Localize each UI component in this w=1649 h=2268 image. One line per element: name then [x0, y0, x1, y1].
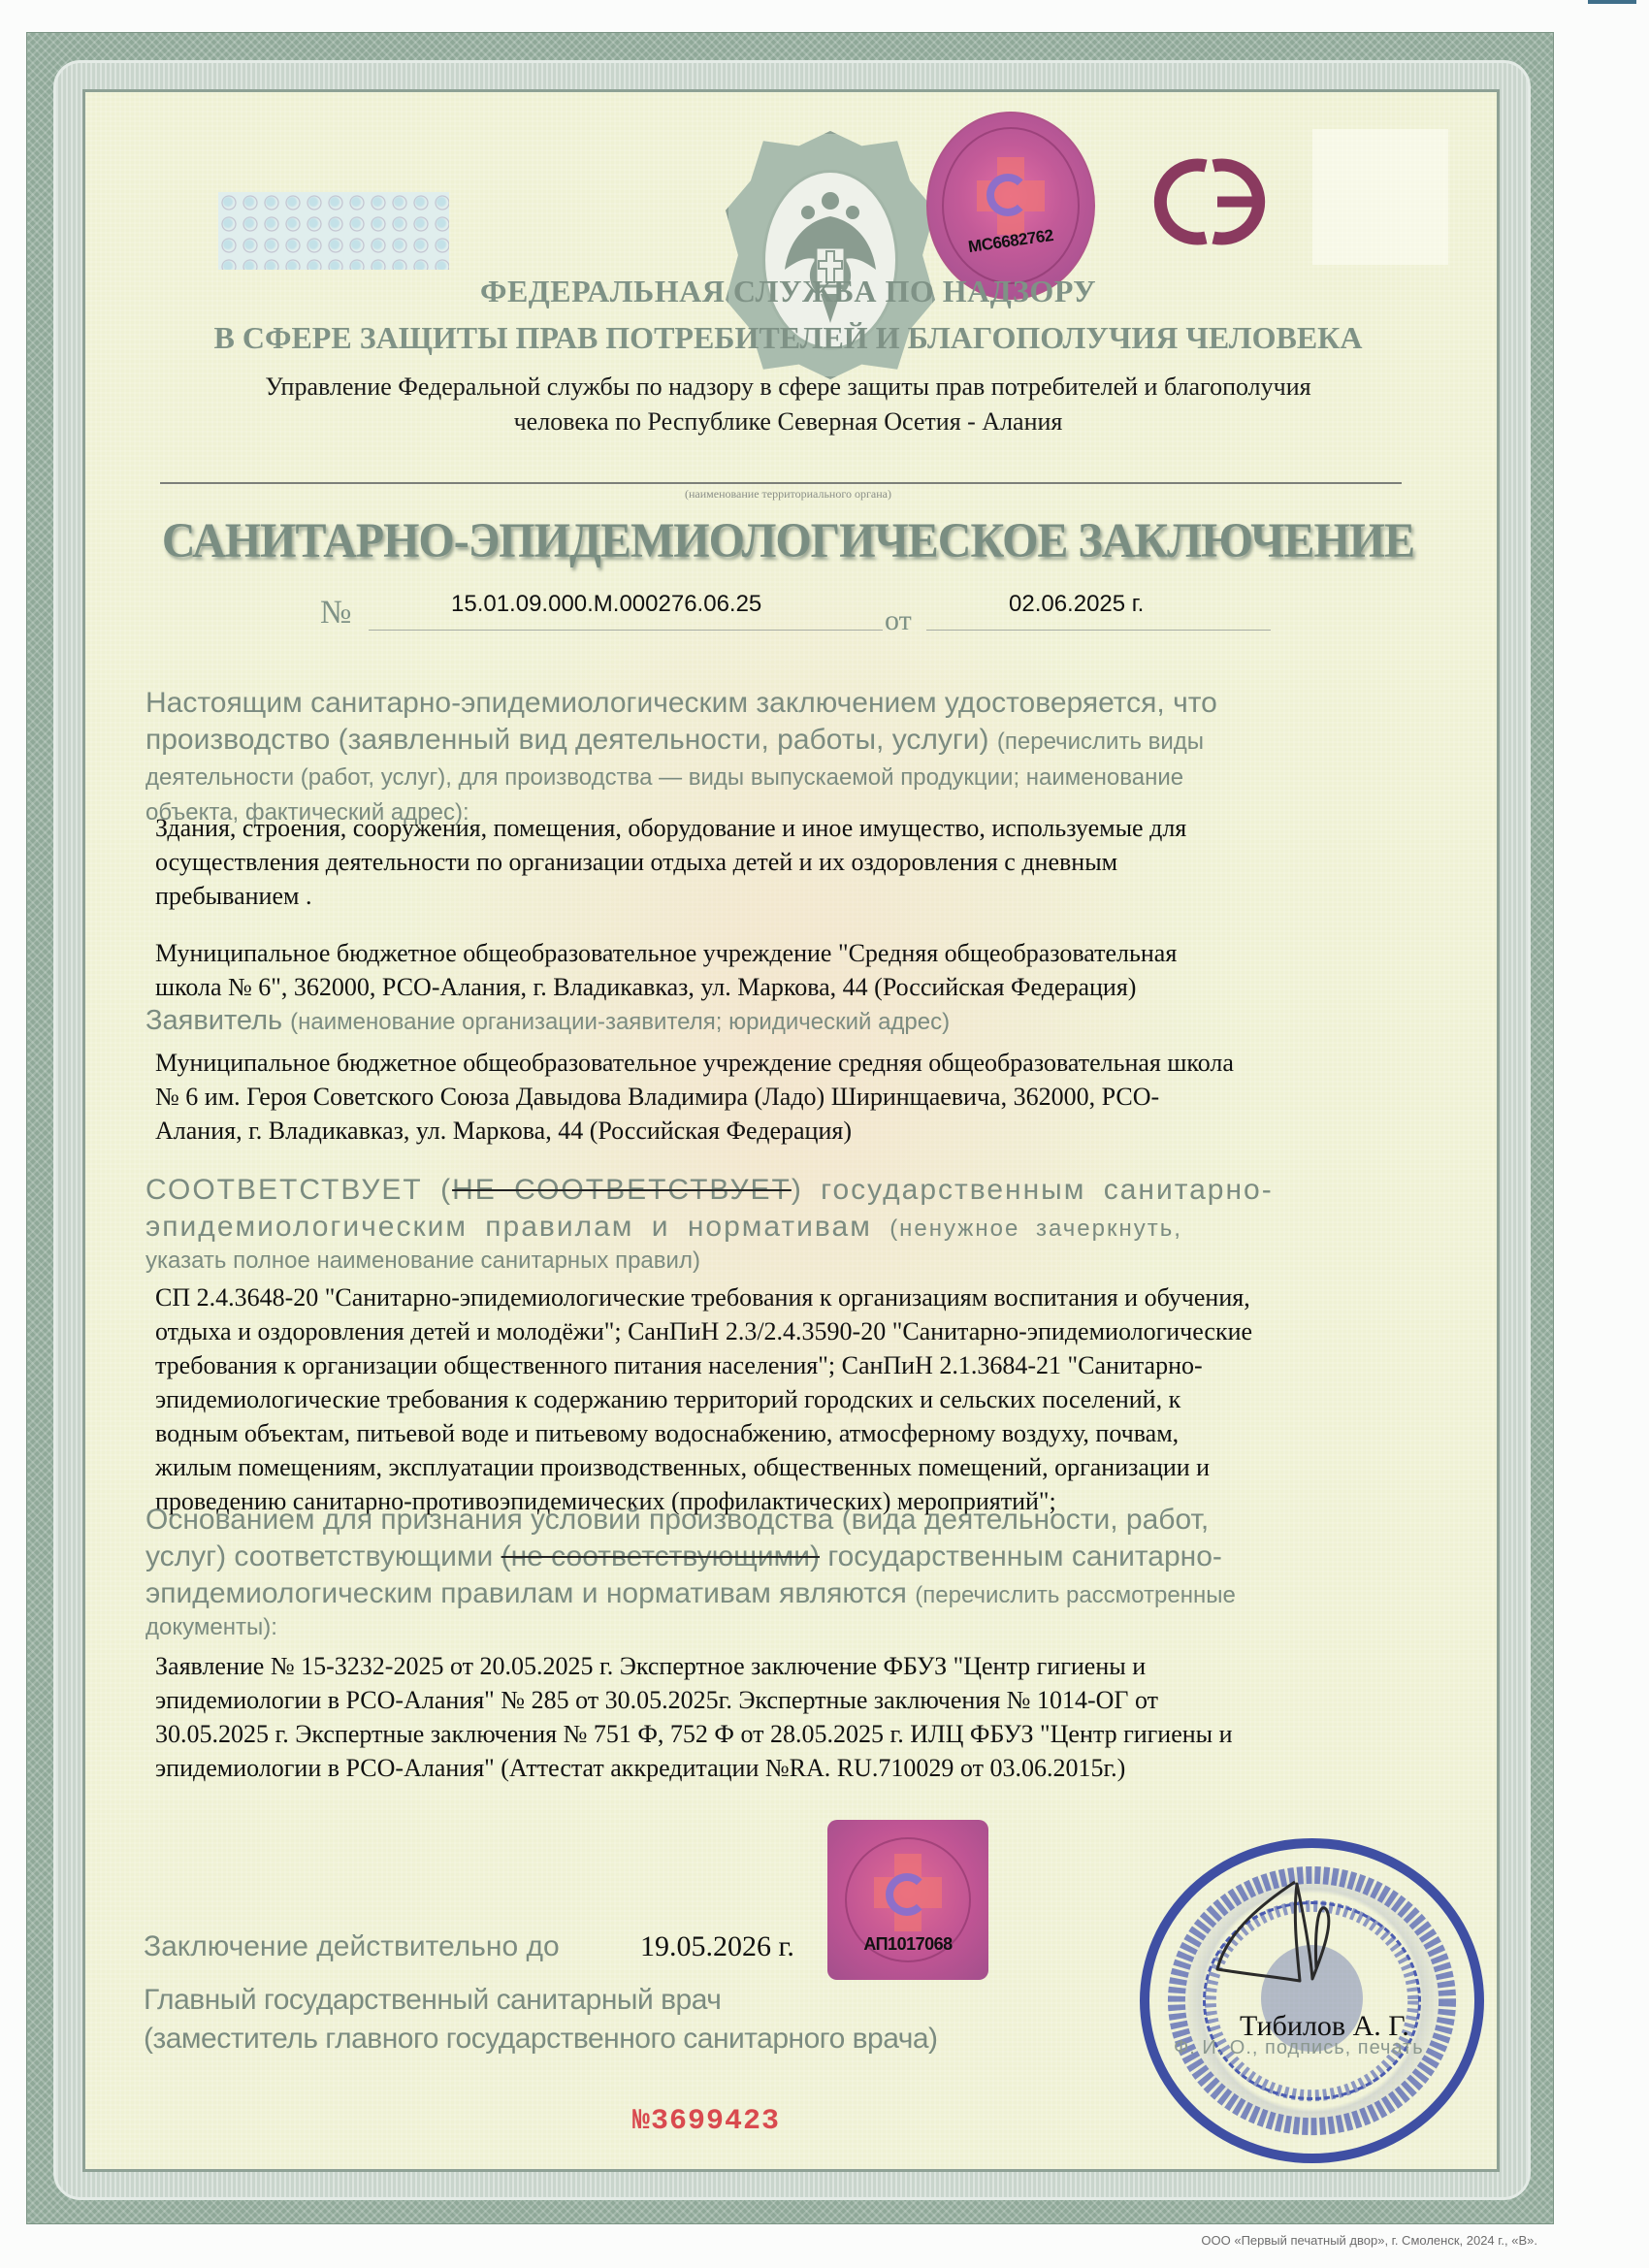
agency-title-line-1: ФЕДЕРАЛЬНАЯ СЛУЖБА ПО НАДЗОРУ: [82, 274, 1494, 309]
basis-documents-list: Заявление № 15-3232-2025 от 20.05.2025 г…: [155, 1649, 1465, 1785]
intro-line-2: производство (заявленный вид деятельност…: [145, 722, 1445, 761]
deputy-chief-title: (заместитель главного государственного с…: [144, 2023, 938, 2056]
applicant-label: Заявитель: [145, 1005, 282, 1036]
applicant-line: № 6 им. Героя Советского Союза Давыдова …: [155, 1080, 1465, 1114]
intro-paragraph: Настоящим санитарно-эпидемиологическим з…: [145, 685, 1445, 830]
date-label: от: [885, 604, 912, 637]
form-serial-number: №3699423: [632, 2105, 780, 2138]
compliance-line-1-tail: государственным санитарно-: [821, 1174, 1274, 1206]
department-caption: (наименование территориального органа): [82, 487, 1494, 502]
signer-caption: Ф. И. О., подпись, печать: [1174, 2037, 1424, 2059]
activity-description: Здания, строения, сооружения, помещения,…: [155, 811, 1465, 913]
document-number: 15.01.09.000.М.000276.06.25: [451, 591, 761, 618]
basis-line-2-pre: услуг) соответствующими: [145, 1540, 493, 1572]
hologram-serial: АП1017068: [845, 1934, 971, 1955]
intro-line-2-hint: (перечислить виды: [997, 729, 1204, 755]
activity-line: пребыванием .: [155, 879, 1465, 913]
basis-document-line: эпидемиологии в РСО-Алания" (Аттестат ак…: [155, 1751, 1465, 1785]
handwritten-signature: [1188, 1863, 1402, 2008]
compliance-line-2-main: эпидемиологическим правилам и нормативам: [145, 1211, 872, 1243]
applicant-description: Муниципальное бюджетное общеобразователь…: [155, 1046, 1465, 1148]
rules-line: СП 2.4.3648-20 "Санитарно-эпидемиологиче…: [155, 1280, 1465, 1314]
agency-title-line-2: В СФЕРЕ ЗАЩИТЫ ПРАВ ПОТРЕБИТЕЛЕЙ И БЛАГО…: [82, 320, 1494, 356]
compliance-struck-option: НЕ СООТВЕТСТВУЕТ: [452, 1174, 792, 1206]
basis-document-line: эпидемиологии в РСО-Алания" № 285 от 30.…: [155, 1683, 1465, 1717]
applicant-line: Алания, г. Владикавказ, ул. Маркова, 44 …: [155, 1114, 1465, 1148]
intro-line-2-main: производство (заявленный вид деятельност…: [145, 724, 989, 756]
intro-line-1: Настоящим санитарно-эпидемиологическим з…: [145, 685, 1445, 722]
object-description: Муниципальное бюджетное общеобразователь…: [155, 936, 1465, 1004]
validity-date: 19.05.2026 г.: [640, 1930, 794, 1963]
compliance-status: СООТВЕТСТВУЕТ: [145, 1174, 423, 1206]
basis-line-4: документы):: [145, 1614, 1445, 1641]
document-title: САНИТАРНО-ЭПИДЕМИОЛОГИЧЕСКОЕ ЗАКЛЮЧЕНИЕ: [82, 513, 1494, 569]
basis-struck-option: (не соответствующими): [501, 1540, 820, 1572]
double-headed-eagle-icon: [777, 187, 884, 333]
basis-document-line: 30.05.2025 г. Экспертные заключения № 75…: [155, 1717, 1465, 1751]
scan-edge-mark: [1588, 0, 1636, 4]
basis-line-3-hint: (перечислить рассмотренные: [915, 1582, 1236, 1608]
rules-line: требования к организации общественного п…: [155, 1348, 1465, 1382]
basis-line-3: эпидемиологическим правилам и нормативам…: [145, 1575, 1445, 1614]
se-logo-icon: [1138, 148, 1283, 255]
sanitary-rules-list: СП 2.4.3648-20 "Санитарно-эпидемиологиче…: [155, 1280, 1465, 1518]
basis-line-2-post: государственным санитарно-: [827, 1540, 1222, 1572]
rules-line: водным объектам, питьевой воде и питьево…: [155, 1416, 1465, 1450]
hologram-sticker-bottom: АП1017068: [827, 1820, 988, 1980]
date-underline: [926, 630, 1271, 631]
hologram-sticker-top: МС6682762: [926, 112, 1095, 300]
basis-document-line: Заявление № 15-3232-2025 от 20.05.2025 г…: [155, 1649, 1465, 1683]
hologram-c-icon: [886, 1873, 928, 1916]
intro-line-3: деятельности (работ, услуг), для произво…: [145, 761, 1445, 795]
department-underline: [160, 482, 1402, 484]
basis-line-1: Основанием для признания условий произво…: [145, 1502, 1445, 1539]
compliance-line-3: указать полное наименование санитарных п…: [145, 1247, 1445, 1275]
activity-line: Здания, строения, сооружения, помещения,…: [155, 811, 1465, 845]
rules-line: отдыха и оздоровления детей и молодёжи";…: [155, 1314, 1465, 1348]
document-date: 02.06.2025 г.: [1009, 591, 1144, 618]
compliance-line-1: СООТВЕТСТВУЕТ (НЕ СООТВЕТСТВУЕТ) государ…: [145, 1172, 1445, 1209]
department-name-line-1: Управление Федеральной службы по надзору…: [82, 373, 1494, 402]
department-name-line-2: человека по Республике Северная Осетия -…: [82, 407, 1494, 437]
chief-title: Главный государственный санитарный врач: [144, 1984, 721, 2017]
hologram-c-icon: [986, 174, 1029, 216]
rules-line: эпидемиологические требования к содержан…: [155, 1382, 1465, 1416]
validity-label: Заключение действительно до: [144, 1930, 560, 1963]
compliance-line-2-hint: (ненужное зачеркнуть,: [889, 1215, 1182, 1242]
rules-line: жилым помещениям, эксплуатации производс…: [155, 1450, 1465, 1484]
document-number-row: № 15.01.09.000.М.000276.06.25 от 02.06.2…: [320, 587, 1290, 635]
hologram-strip: [218, 192, 449, 270]
printer-imprint: ООО «Первый печатный двор», г. Смоленск,…: [1201, 2233, 1537, 2248]
number-underline: [369, 630, 883, 631]
activity-line: осуществления деятельности по организаци…: [155, 845, 1465, 879]
basis-paragraph: Основанием для признания условий произво…: [145, 1502, 1445, 1641]
object-line: Муниципальное бюджетное общеобразователь…: [155, 936, 1465, 970]
number-sign: №: [320, 595, 351, 632]
applicant-hint: (наименование организации-заявителя; юри…: [290, 1009, 950, 1035]
object-line: школа № 6", 362000, РСО-Алания, г. Влади…: [155, 970, 1465, 1004]
basis-line-3-main: эпидемиологическим правилам и нормативам…: [145, 1577, 907, 1609]
applicant-label-row: Заявитель (наименование организации-заяв…: [145, 1005, 1445, 1037]
compliance-paragraph: СООТВЕТСТВУЕТ (НЕ СООТВЕТСТВУЕТ) государ…: [145, 1172, 1445, 1275]
basis-line-2: услуг) соответствующими (не соответствую…: [145, 1539, 1445, 1575]
compliance-line-2: эпидемиологическим правилам и нормативам…: [145, 1209, 1445, 1247]
blank-watermark-area: [1312, 129, 1448, 265]
applicant-line: Муниципальное бюджетное общеобразователь…: [155, 1046, 1465, 1080]
